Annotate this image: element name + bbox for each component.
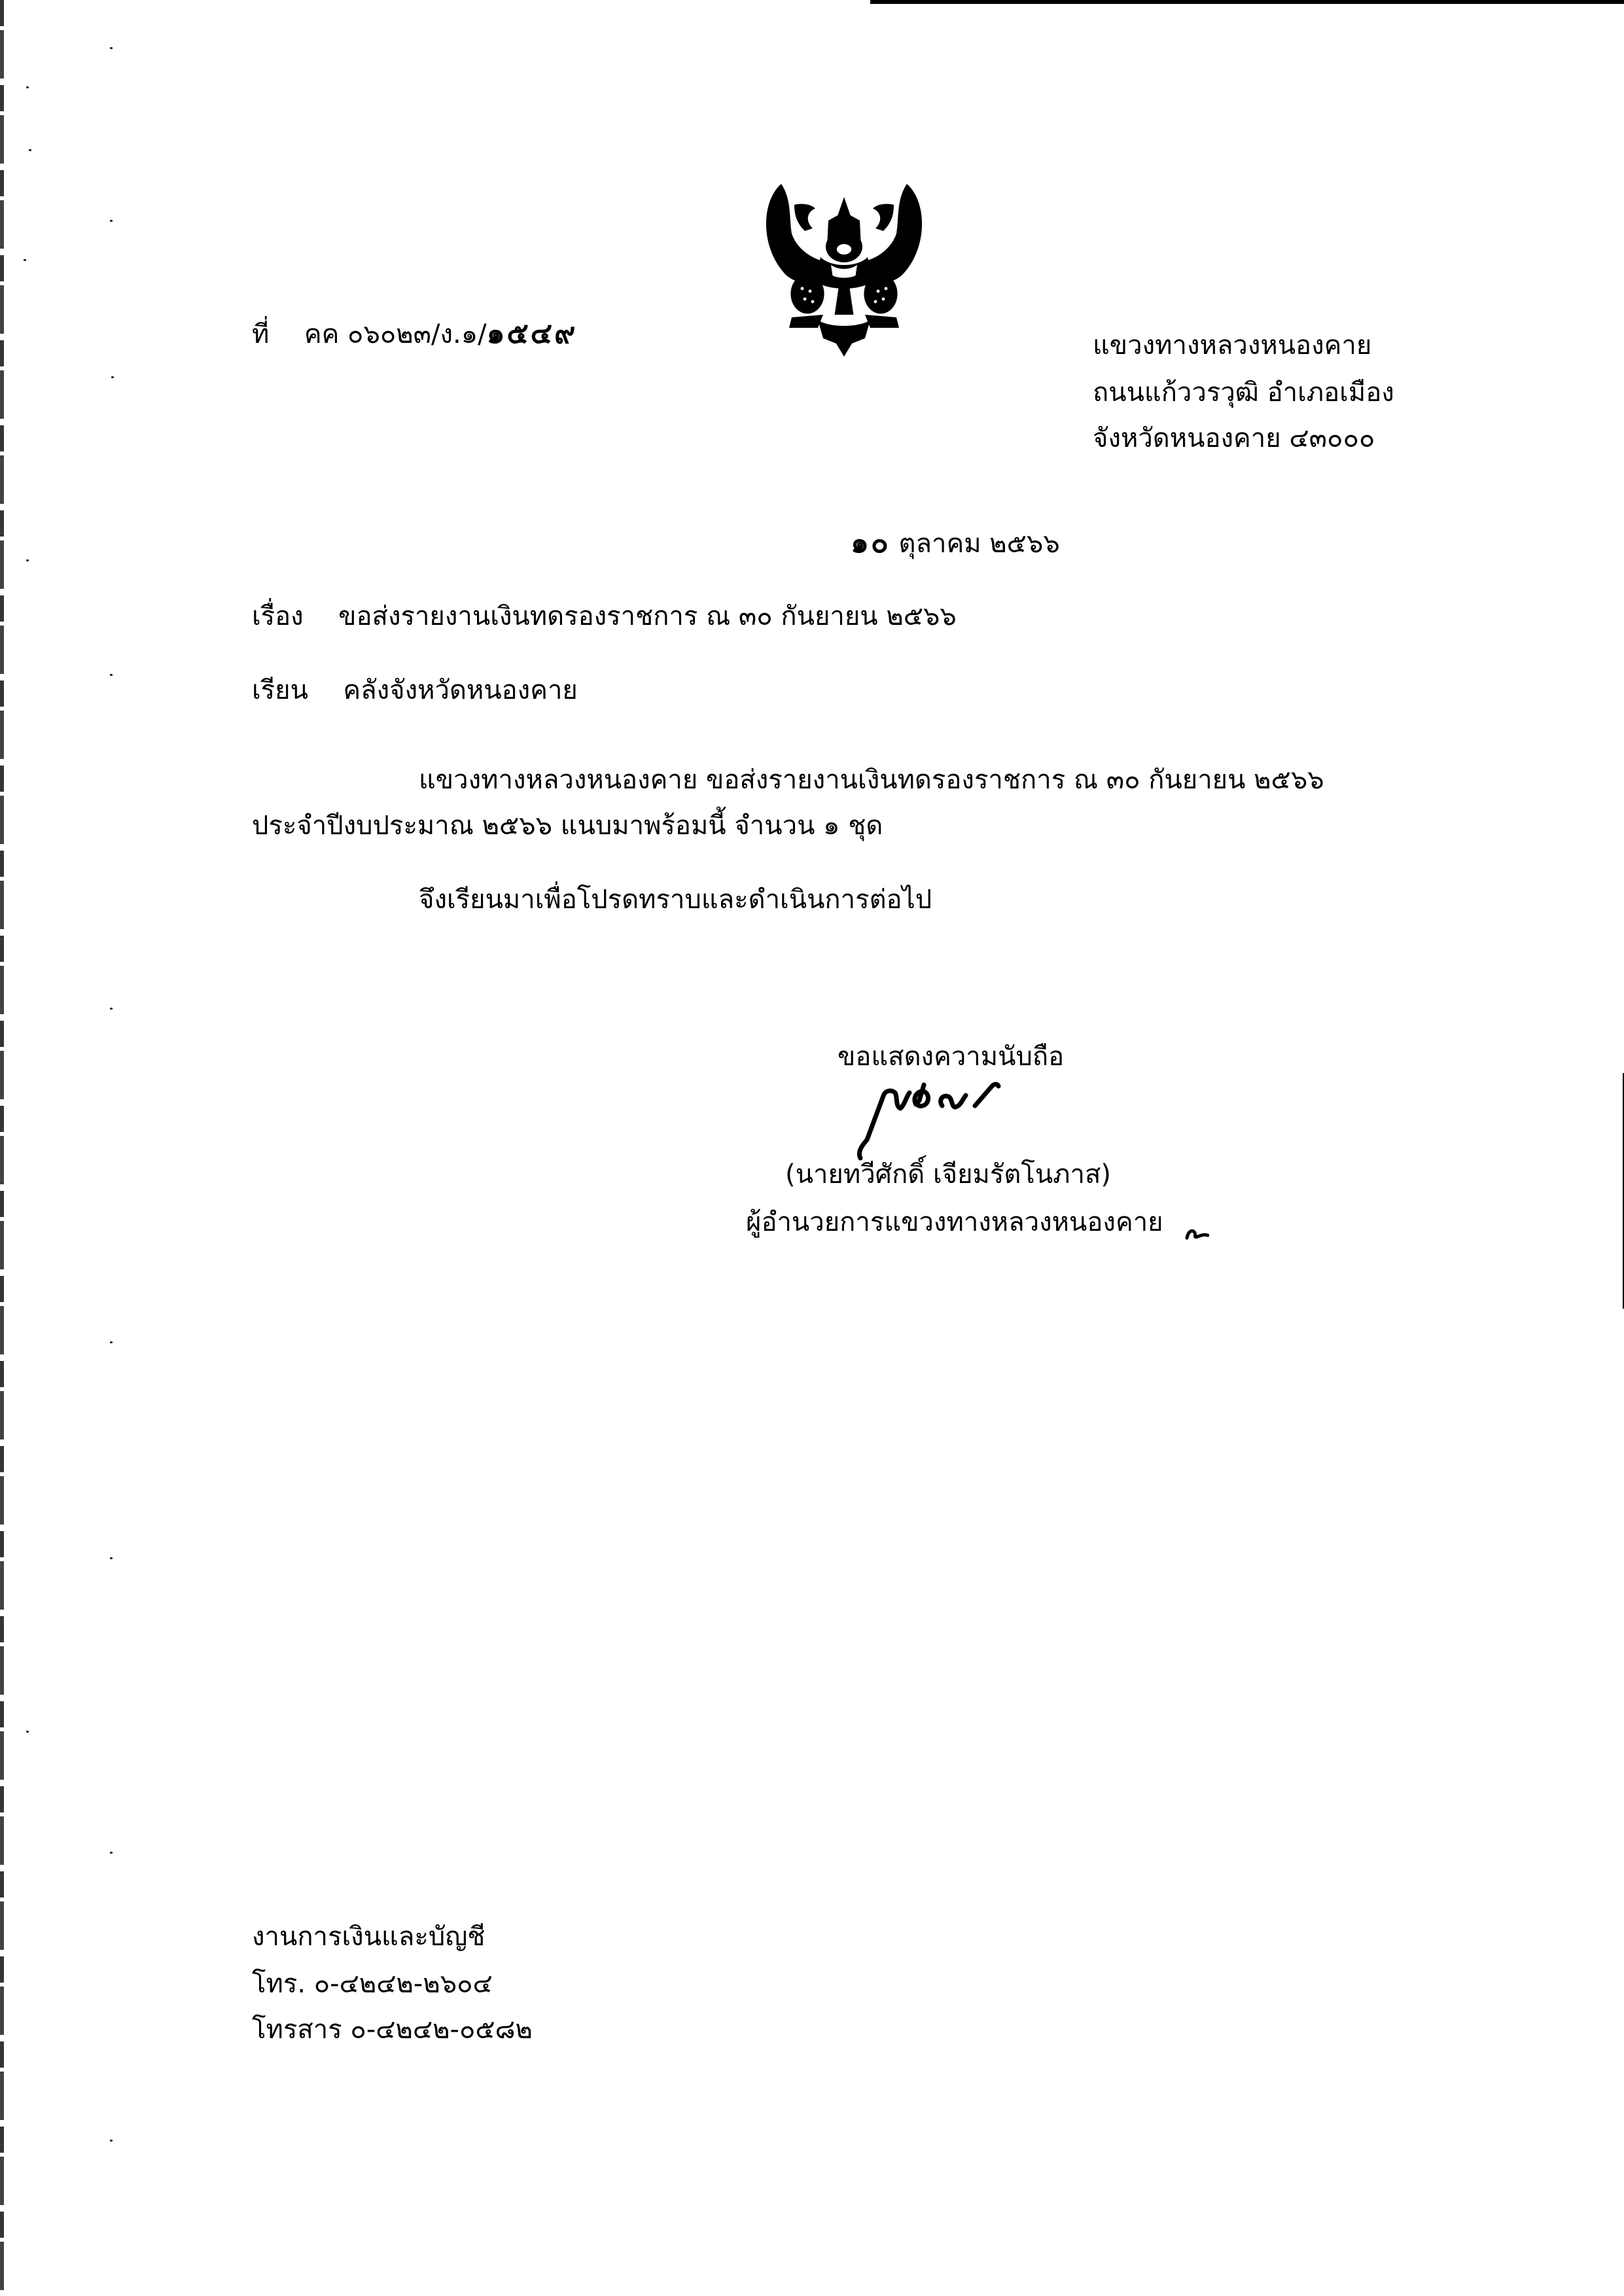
footer-department: งานการเงินและบัญชี <box>252 1917 485 1956</box>
recipient-line: เรียน คลังจังหวัดหนองคาย <box>252 671 578 710</box>
recipient-label: เรียน <box>252 675 308 705</box>
garuda-emblem-icon <box>739 157 949 373</box>
footer-fax: โทรสาร ๐-๔๒๔๒-๐๕๘๒ <box>252 2010 533 2049</box>
footer-phone: โทร. ๐-๔๒๔๒-๒๖๐๔ <box>252 1964 493 2004</box>
scan-edge-top <box>870 0 1624 4</box>
initial-mark-icon <box>1183 1222 1209 1242</box>
sender-street: ถนนแก้ววรวุฒิ อำเภอเมือง <box>1093 373 1394 412</box>
date-day-handwritten: ๑๐ <box>851 526 891 559</box>
closing-request: จึงเรียนมาเพื่อโปรดทราบและดำเนินการต่อไป <box>419 880 932 919</box>
document-number-label: ที่ <box>252 319 269 349</box>
sender-province: จังหวัดหนองคาย ๔๓๐๐๐ <box>1093 419 1375 458</box>
scan-speck <box>110 1008 113 1010</box>
subject-text: ขอส่งรายงานเงินทดรองราชการ ณ ๓๐ กันยายน … <box>338 601 957 631</box>
body-paragraph-line-2: ประจำปีงบประมาณ ๒๕๖๖ แนบมาพร้อมนี้ จำนวน… <box>252 806 883 845</box>
letter-page: ที่ คค ๐๖๐๒๓/ง.๑/๑๕๔๙ แขวงทางหลวงหนองคาย… <box>0 0 1624 2296</box>
subject-label: เรื่อง <box>252 601 304 631</box>
scan-speck <box>26 86 29 88</box>
scan-speck <box>110 1852 113 1854</box>
signer-name: (นายทวีศักดิ์ เจียมรัตโนภาส) <box>785 1155 1111 1194</box>
body-paragraph-line-1: แขวงทางหลวงหนองคาย ขอส่งรายงานเงินทดรองร… <box>419 760 1324 800</box>
scan-edge-left <box>0 0 4 2296</box>
signer-title: ผู้อำนวยการแขวงทางหลวงหนองคาย <box>746 1203 1163 1242</box>
recipient-text: คลังจังหวัดหนองคาย <box>343 675 578 705</box>
scan-speck <box>26 1731 29 1733</box>
scan-speck <box>24 259 26 261</box>
scan-speck <box>110 47 113 49</box>
date-month-year: ตุลาคม ๒๕๖๖ <box>899 529 1060 559</box>
document-number: ที่ คค ๐๖๐๒๓/ง.๑/๑๕๔๙ <box>252 314 577 354</box>
letter-date: ๑๐ ตุลาคม ๒๕๖๖ <box>851 523 1060 563</box>
scan-speck <box>29 149 31 151</box>
document-number-handwritten: ๑๕๔๙ <box>487 317 578 350</box>
scan-speck <box>110 2140 113 2142</box>
subject-line: เรื่อง ขอส่งรายงานเงินทดรองราชการ ณ ๓๐ ก… <box>252 597 957 636</box>
sender-office: แขวงทางหลวงหนองคาย <box>1093 326 1371 365</box>
scan-speck <box>110 1557 113 1559</box>
scan-speck <box>110 674 113 676</box>
scan-speck <box>110 220 113 222</box>
scan-speck <box>26 559 29 561</box>
handwritten-signature-icon <box>844 1067 1040 1165</box>
scan-speck <box>111 376 114 378</box>
scan-speck <box>110 1341 113 1343</box>
document-number-typed: คค ๐๖๐๒๓/ง.๑/ <box>304 319 487 349</box>
